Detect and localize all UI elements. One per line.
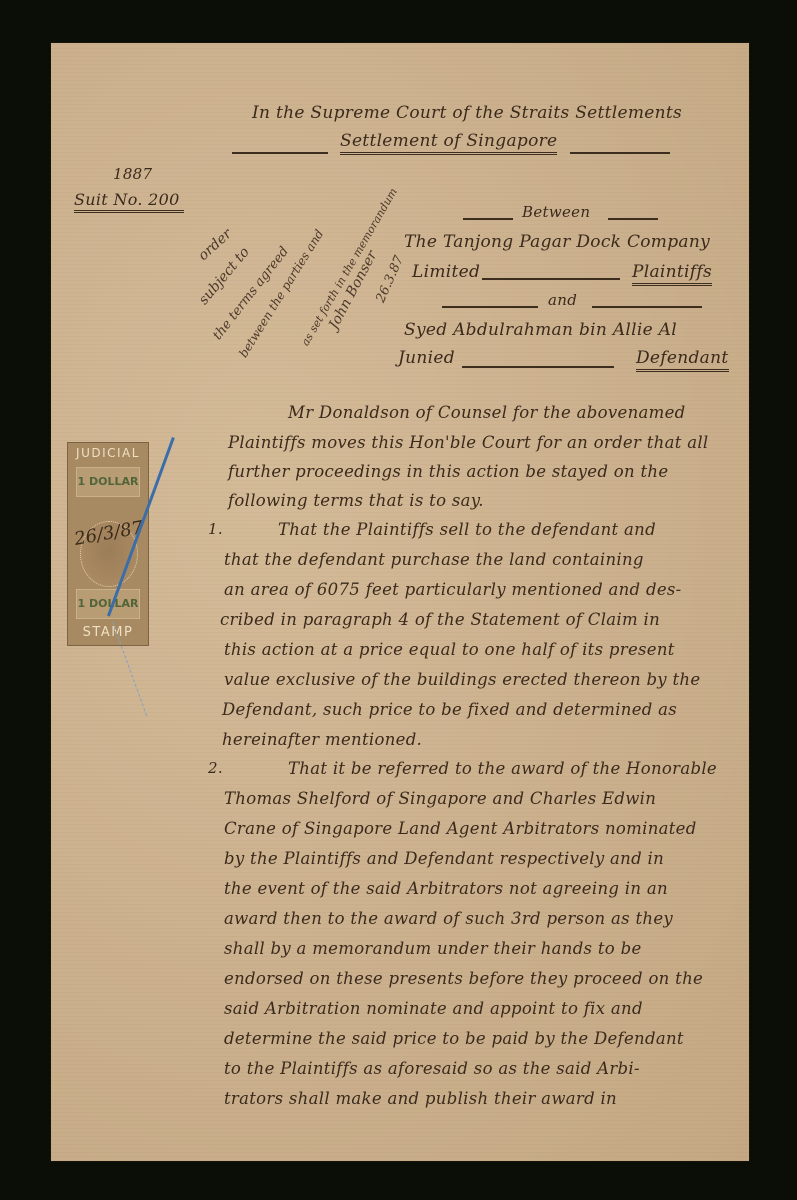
clause-2-line-10: determine the said price to be paid by t…: [224, 1029, 684, 1048]
clause-2-line-5: the event of the said Arbitrators not ag…: [224, 879, 668, 898]
intro-line-4: following terms that is to say.: [228, 491, 484, 510]
between-rule-left: [463, 218, 513, 220]
intro-line-1: Mr Donaldson of Counsel for the abovenam…: [288, 403, 686, 422]
plaintiff-role: Plaintiffs: [632, 262, 712, 286]
clause-1-number: 1.: [208, 520, 223, 538]
clause-2-line-4: by the Plaintiffs and Defendant respecti…: [224, 849, 664, 868]
clause-2-line-9: said Arbitration nominate and appoint to…: [224, 999, 643, 1018]
clause-2-line-6: award then to the award of such 3rd pers…: [224, 909, 673, 928]
clause-2-line-2: Thomas Shelford of Singapore and Charles…: [224, 789, 656, 808]
stamp-value-top: 1 DOLLAR: [76, 467, 140, 497]
clause-1-line-4: cribed in paragraph 4 of the Statement o…: [220, 610, 660, 629]
defendant-role: Defendant: [636, 348, 729, 372]
defendant-name: Syed Abdulrahman bin Allie Al: [404, 320, 677, 340]
plaintiff-name: The Tanjong Pagar Dock Company: [404, 232, 710, 252]
defendant-rule: [462, 366, 614, 368]
intro-line-3: further proceedings in this action be st…: [228, 462, 668, 481]
clause-1-line-2: that the defendant purchase the land con…: [224, 550, 644, 569]
clause-2-line-12: trators shall make and publish their awa…: [224, 1089, 617, 1108]
clause-1-line-8: hereinafter mentioned.: [222, 730, 422, 749]
clause-1-line-6: value exclusive of the buildings erected…: [224, 670, 700, 689]
between-rule-right: [608, 218, 658, 220]
stamp-bottom-label: STAMP: [68, 625, 148, 640]
between-label: Between: [522, 203, 590, 221]
clause-1-line-1: That the Plaintiffs sell to the defendan…: [278, 520, 656, 539]
heading-rule-right: [570, 152, 670, 154]
plaintiff-name-cont: Limited: [412, 262, 480, 282]
court-heading: In the Supreme Court of the Straits Sett…: [252, 103, 682, 123]
and-label: and: [548, 291, 577, 309]
settlement-heading: Settlement of Singapore: [340, 131, 557, 155]
and-rule-right: [592, 306, 702, 308]
intro-line-2: Plaintiffs moves this Hon'ble Court for …: [228, 433, 709, 452]
clause-1-line-3: an area of 6075 feet particularly mentio…: [224, 580, 682, 599]
clause-1-line-7: Defendant, such price to be fixed and de…: [222, 700, 677, 719]
clause-1-line-5: this action at a price equal to one half…: [224, 640, 675, 659]
clause-2-line-7: shall by a memorandum under their hands …: [224, 939, 642, 958]
stamp-top-label: JUDICIAL: [68, 446, 148, 460]
clause-2-line-8: endorsed on these presents before they p…: [224, 969, 703, 988]
plaintiff-rule: [482, 278, 620, 280]
defendant-name-cont: Junied: [398, 348, 455, 368]
heading-rule-left: [232, 152, 328, 154]
case-year: 1887: [113, 165, 152, 183]
clause-2-line-1: That it be referred to the award of the …: [288, 759, 717, 778]
and-rule-left: [442, 306, 538, 308]
case-number: Suit No. 200: [74, 190, 184, 213]
clause-2-number: 2.: [208, 759, 223, 777]
clause-2-line-11: to the Plaintiffs as aforesaid so as the…: [224, 1059, 640, 1078]
clause-2-line-3: Crane of Singapore Land Agent Arbitrator…: [224, 819, 697, 838]
